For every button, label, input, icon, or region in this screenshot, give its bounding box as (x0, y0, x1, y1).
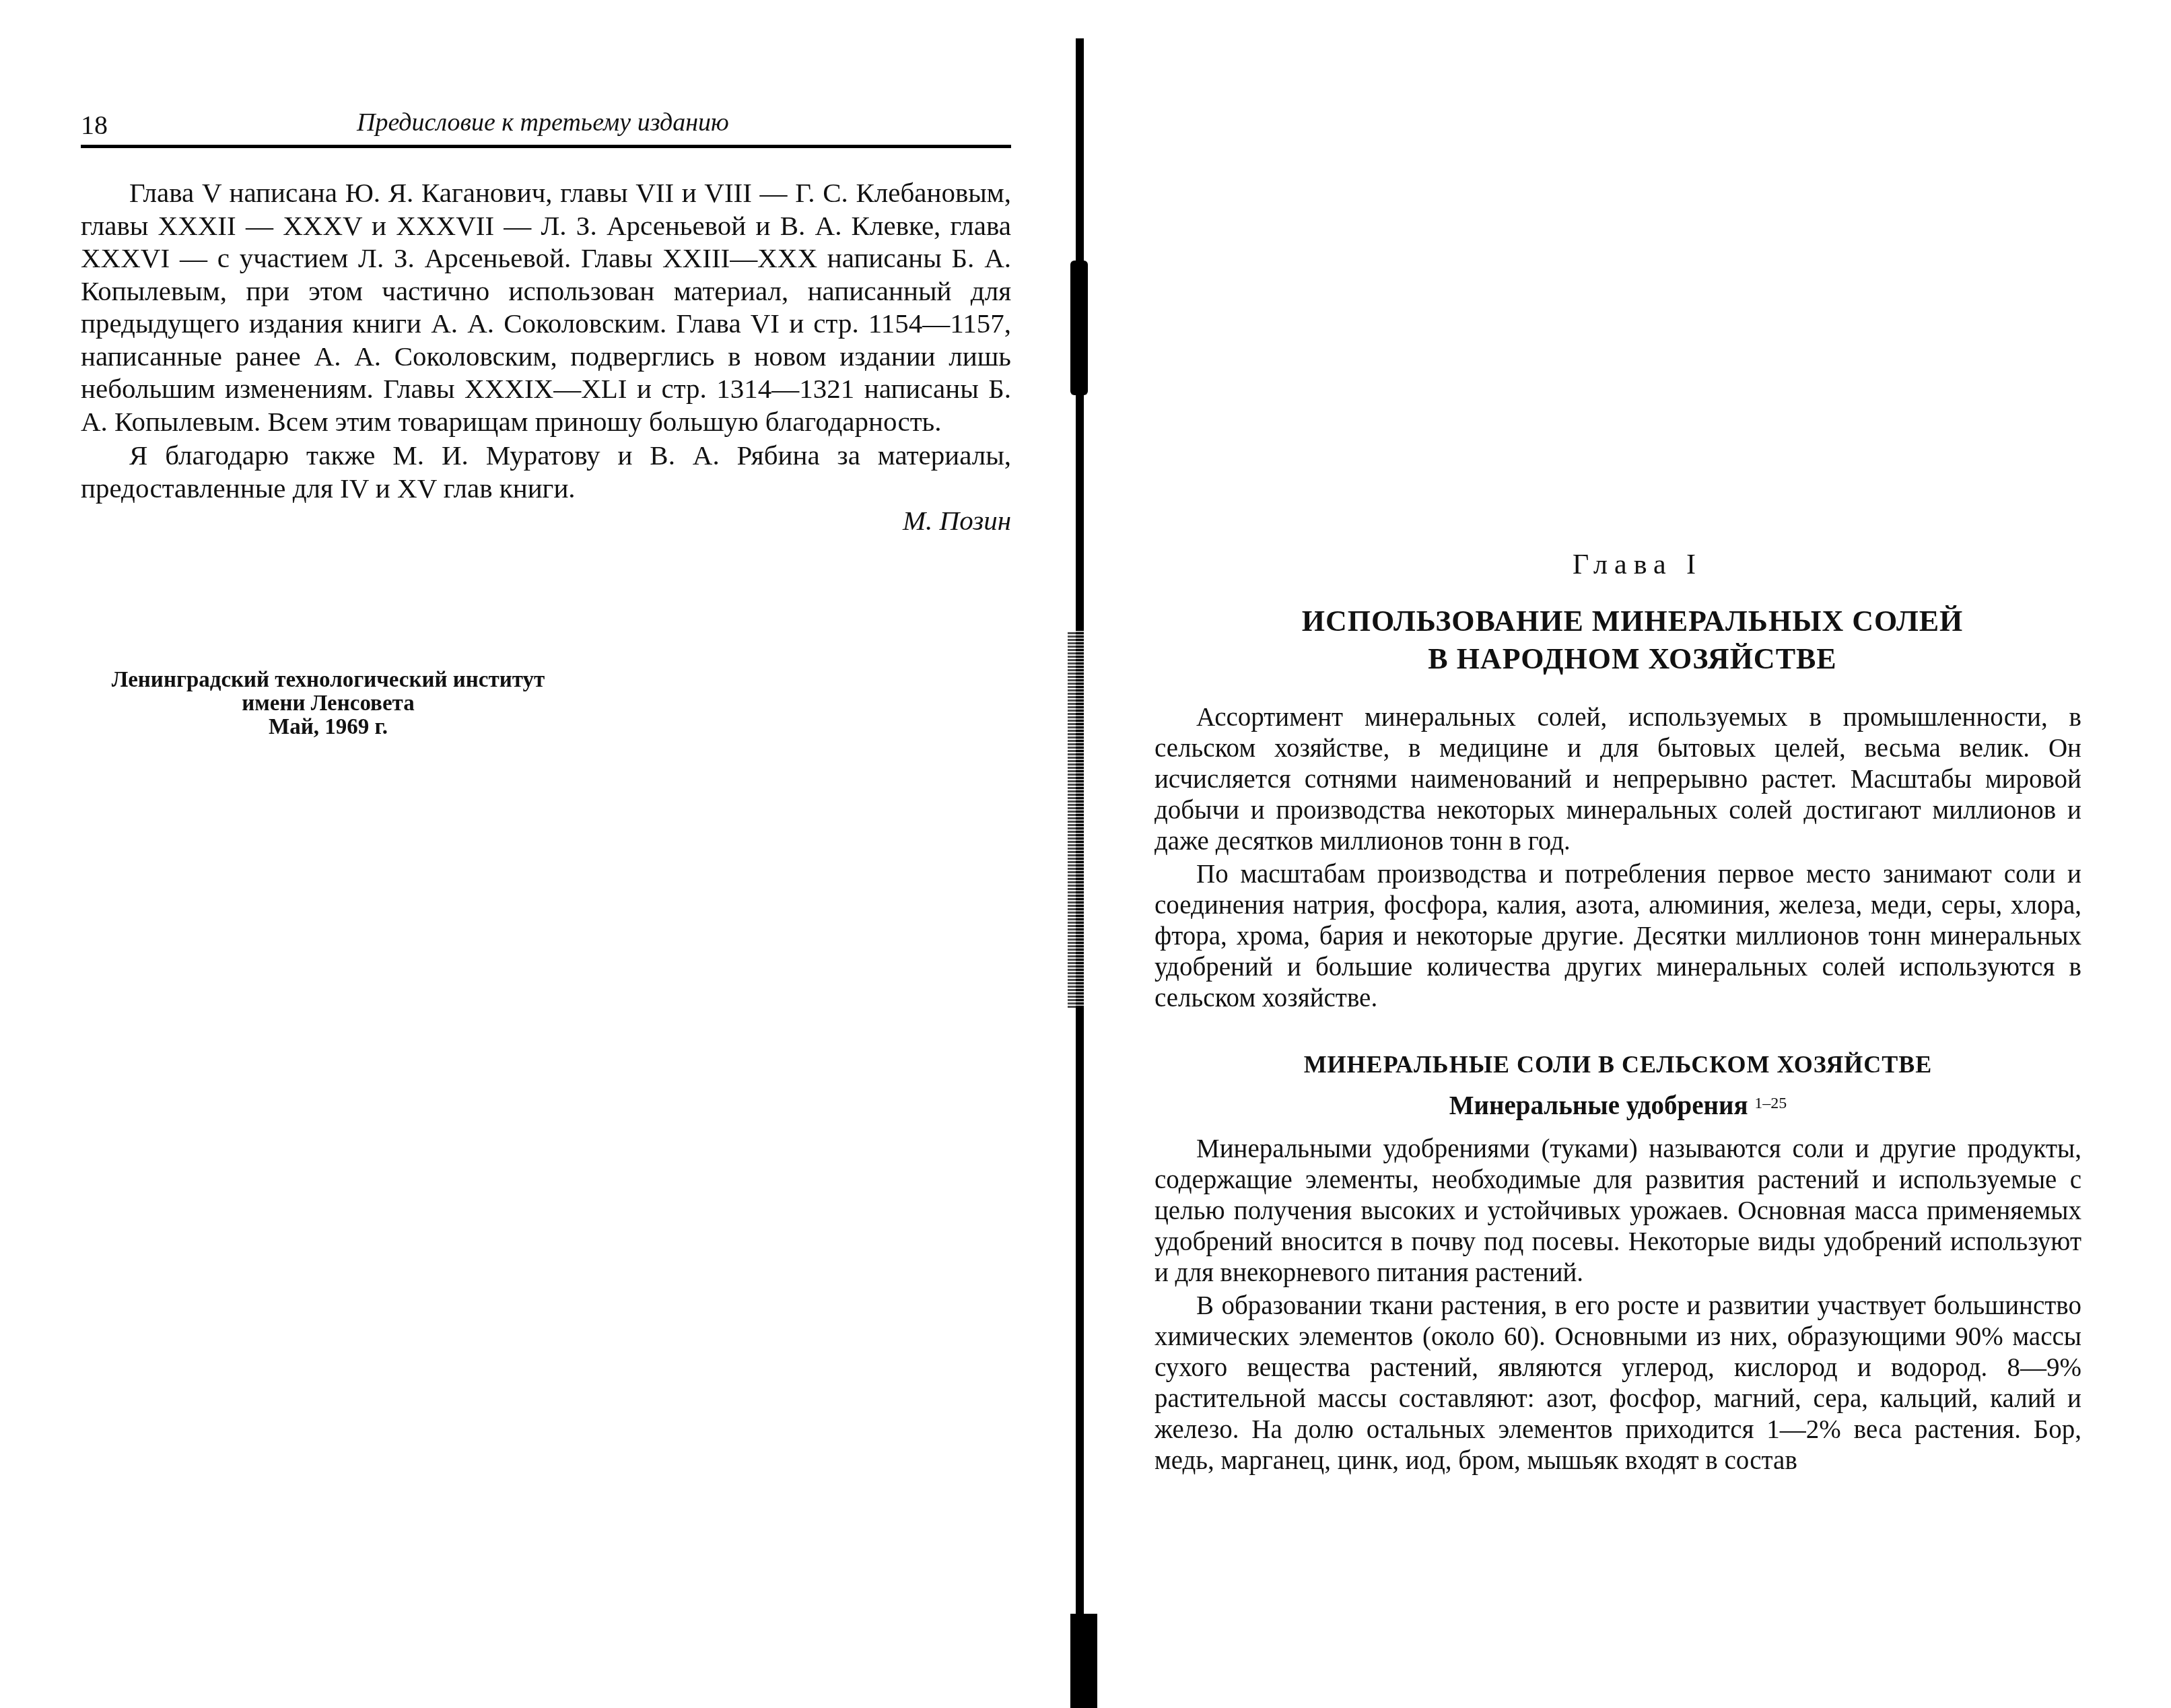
paragraph: Я благодарю также М. И. Муратову и В. А.… (81, 439, 1011, 504)
affiliation-date: Май, 1969 г. (81, 716, 576, 739)
chapter-title-line: ИСПОЛЬЗОВАНИЕ МИНЕРАЛЬНЫХ СОЛЕЙ (1144, 603, 2121, 640)
page-number: 18 (81, 109, 108, 141)
left-page: 18 Предисловие к третьему изданию Глава … (0, 0, 1050, 1708)
paragraph: Глава V написана Ю. Я. Каганович, главы … (81, 176, 1011, 438)
running-title: Предисловие к третьему изданию (357, 108, 729, 137)
running-head: 18 Предисловие к третьему изданию (81, 108, 1010, 148)
paragraph: Ассортимент минеральных солей, используе… (1155, 702, 2081, 857)
paragraph: Минеральными удобрениями (туками) называ… (1155, 1134, 2081, 1289)
section-heading: МИНЕРАЛЬНЫЕ СОЛИ В СЕЛЬСКОМ ХОЗЯЙСТВЕ (1155, 1049, 2081, 1080)
affiliation-name: имени Ленсовета (81, 692, 576, 716)
book-spine-gutter (1070, 38, 1088, 1708)
chapter-title-line: В НАРОДНОМ ХОЗЯЙСТВЕ (1144, 640, 2121, 678)
affiliation: Ленинградский технологический институт и… (81, 669, 576, 739)
chapter-text: Ассортимент минеральных солей, используе… (1155, 702, 2081, 1476)
right-page: Глава I ИСПОЛЬЗОВАНИЕ МИНЕРАЛЬНЫХ СОЛЕЙ … (1104, 0, 2171, 1708)
chapter-title: ИСПОЛЬЗОВАНИЕ МИНЕРАЛЬНЫХ СОЛЕЙ В НАРОДН… (1144, 603, 2121, 678)
reference-superscript: 1–25 (1754, 1095, 1787, 1112)
header-rule (81, 145, 1011, 148)
preface-text: Глава V написана Ю. Я. Каганович, главы … (81, 176, 1011, 537)
signature: М. Позин (81, 504, 1011, 537)
affiliation-institute: Ленинградский технологический институт (81, 669, 576, 692)
chapter-label: Глава I (1104, 549, 2171, 581)
paragraph: По масштабам производства и потребления … (1155, 859, 2081, 1014)
paragraph: В образовании ткани растения, в его рост… (1155, 1291, 2081, 1476)
subsection-heading: Минеральные удобрения 1–25 (1155, 1091, 2081, 1122)
